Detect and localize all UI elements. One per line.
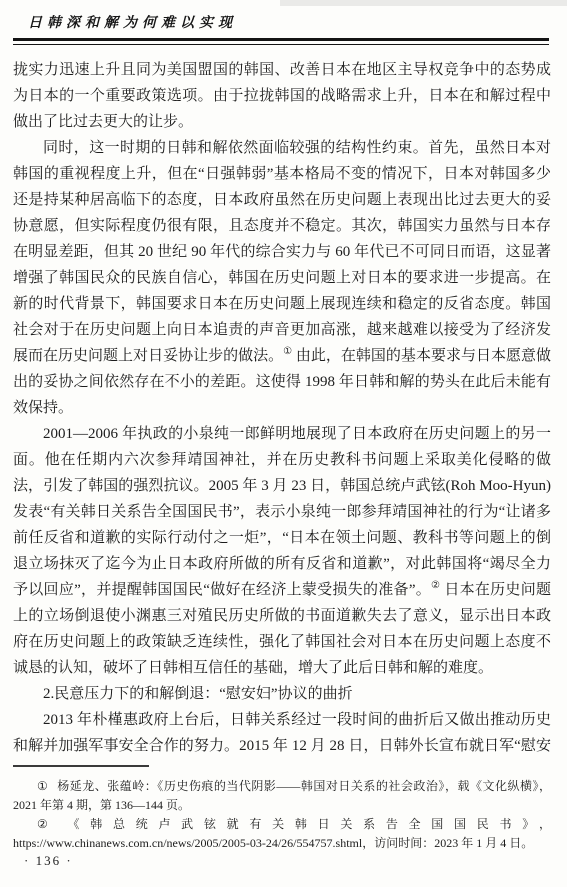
footnote-ref-marker: ①	[283, 346, 292, 357]
footnote-number: ①	[37, 779, 48, 793]
document-page: 日韩深和解为何难以实现 拢实力迅速上升且同为美国盟国的韩国、改善日本在地区主导权…	[0, 0, 567, 887]
header-rule	[13, 38, 549, 45]
footnote-separator	[13, 765, 149, 767]
running-title: 日韩深和解为何难以实现	[28, 16, 237, 31]
article-body: 拢实力迅速上升且同为美国盟国的韩国、改善日本在地区主导权竞争中的态势成为日本的一…	[13, 57, 551, 761]
footnote-ref-marker: ②	[431, 580, 440, 591]
body-paragraph: 拢实力迅速上升且同为美国盟国的韩国、改善日本在地区主导权竞争中的态势成为日本的一…	[13, 57, 551, 135]
body-paragraph: 2001—2006 年执政的小泉纯一郎鲜明地展现了日本政府在历史问题上的另一面。…	[13, 421, 551, 681]
scan-artifact	[280, 0, 567, 6]
subsection-heading: 2.民意压力下的和解倒退：“慰安妇”协议的曲折	[13, 681, 551, 707]
page-header: 日韩深和解为何难以实现	[28, 12, 547, 34]
footnote-item: ②《韩总统卢武铉就有关韩日关系告全国国民书》，https://www.china…	[13, 815, 551, 853]
footnote-number: ②	[37, 817, 59, 831]
footnote-item: ①杨延龙、张蕴岭：《历史伤痕的当代阴影——韩国对日关系的社会政治》，载《文化纵横…	[13, 777, 551, 815]
footnotes: ①杨延龙、张蕴岭：《历史伤痕的当代阴影——韩国对日关系的社会政治》，载《文化纵横…	[13, 777, 551, 853]
page-number: · 136 ·	[24, 853, 73, 869]
body-paragraph: 同时，这一时期的日韩和解依然面临较强的结构性约束。首先，虽然日本对韩国的重视程度…	[13, 135, 551, 421]
body-paragraph: 2013 年朴槿惠政府上台后，日韩关系经过一段时间的曲折后又做出推动历史和解并加…	[13, 707, 551, 761]
